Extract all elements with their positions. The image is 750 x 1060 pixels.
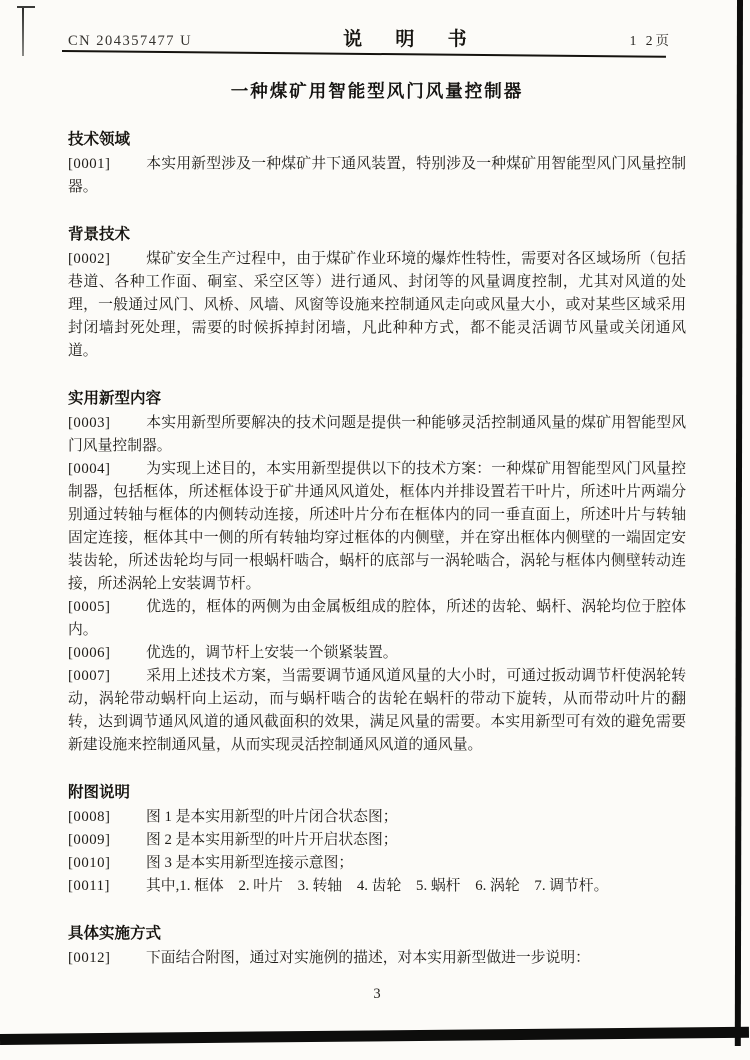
paragraph-text: 图 3 是本实用新型连接示意图；: [146, 855, 353, 871]
section-detailed-description: 具体实施方式 [0012]下面结合附图，通过对实施例的描述，对本实用新型做进一步…: [68, 922, 686, 970]
paragraph-number: [0011]: [68, 875, 146, 898]
scan-artifact-bottom-edge-bar: [0, 1027, 749, 1045]
paragraph-number: [0012]: [68, 947, 146, 970]
paragraph-text: 煤矿安全生产过程中，由于煤矿作业环境的爆炸性特性，需要对各区域场所（包括巷道、各…: [68, 251, 686, 359]
paragraph-number: [0007]: [68, 665, 146, 688]
page-header: CN 204357477 U 说 明 书 1 2页: [68, 24, 686, 48]
section-brief-description-of-drawings: 附图说明 [0008]图 1 是本实用新型的叶片闭合状态图； [0009]图 2…: [68, 781, 686, 898]
paragraph-number: [0008]: [68, 806, 146, 829]
paragraph-number: [0009]: [68, 829, 146, 852]
document-title: 一种煤矿用智能型风门风量控制器: [68, 78, 686, 104]
footer-page-number: 3: [68, 986, 686, 1003]
section-heading: 实用新型内容: [68, 387, 686, 410]
section-utility-model-content: 实用新型内容 [0003]本实用新型所要解决的技术问题是提供一种能够灵活控制通风…: [68, 387, 686, 757]
paragraph-text: 图 2 是本实用新型的叶片开启状态图；: [146, 832, 398, 848]
patent-specification-page: CN 204357477 U 说 明 书 1 2页 一种煤矿用智能型风门风量控制…: [0, 0, 750, 1060]
paragraph: [0007]采用上述技术方案，当需要调节通风道风量的大小时，可通过扳动调节杆使涡…: [68, 665, 686, 757]
paragraph-number: [0010]: [68, 852, 146, 875]
paragraph: [0009]图 2 是本实用新型的叶片开启状态图；: [68, 829, 686, 852]
section-background-art: 背景技术 [0002]煤矿安全生产过程中，由于煤矿作业环境的爆炸性特性，需要对各…: [68, 223, 686, 363]
section-technical-field: 技术领域 [0001]本实用新型涉及一种煤矿井下通风装置，特别涉及一种煤矿用智能…: [68, 128, 686, 199]
paragraph-text: 下面结合附图，通过对实施例的描述，对本实用新型做进一步说明：: [146, 950, 590, 966]
header-rule: [62, 50, 666, 58]
section-heading: 具体实施方式: [68, 922, 686, 945]
paragraph-text: 优选的，框体的两侧为由金属板组成的腔体，所述的齿轮、蜗杆、涡轮均位于腔体内。: [68, 599, 686, 638]
paragraph-number: [0006]: [68, 642, 146, 665]
document-number: CN 204357477 U: [68, 33, 192, 50]
section-heading: 附图说明: [68, 781, 686, 804]
paragraph: [0012]下面结合附图，通过对实施例的描述，对本实用新型做进一步说明：: [68, 947, 686, 970]
paragraph-number: [0003]: [68, 412, 146, 435]
paragraph: [0003]本实用新型所要解决的技术问题是提供一种能够灵活控制通风量的煤矿用智能…: [68, 412, 686, 458]
paragraph: [0001]本实用新型涉及一种煤矿井下通风装置，特别涉及一种煤矿用智能型风门风量…: [68, 153, 686, 199]
paragraph: [0006]优选的，调节杆上安装一个锁紧装置。: [68, 642, 686, 665]
paragraph: [0002]煤矿安全生产过程中，由于煤矿作业环境的爆炸性特性，需要对各区域场所（…: [68, 248, 686, 363]
section-heading: 技术领域: [68, 128, 686, 151]
document-type-title: 说 明 书: [329, 24, 481, 51]
paragraph-text: 图 1 是本实用新型的叶片闭合状态图；: [146, 809, 398, 825]
paragraph-number: [0004]: [68, 458, 146, 481]
paragraph-number: [0005]: [68, 596, 146, 619]
paragraph-number: [0002]: [68, 248, 146, 271]
paragraph: [0005]优选的，框体的两侧为由金属板组成的腔体，所述的齿轮、蜗杆、涡轮均位于…: [68, 596, 686, 642]
paragraph: [0011]其中,1. 框体 2. 叶片 3. 转轴 4. 齿轮 5. 蜗杆 6…: [68, 875, 686, 898]
page-content: CN 204357477 U 说 明 书 1 2页 一种煤矿用智能型风门风量控制…: [0, 0, 750, 1003]
paragraph-text: 采用上述技术方案，当需要调节通风道风量的大小时，可通过扳动调节杆使涡轮转动，涡轮…: [68, 668, 686, 753]
section-heading: 背景技术: [68, 223, 686, 246]
paragraph-text: 为实现上述目的，本实用新型提供以下的技术方案：一种煤矿用智能型风门风量控制器，包…: [68, 461, 686, 592]
paragraph-number: [0001]: [68, 153, 146, 176]
paragraph-text: 本实用新型涉及一种煤矿井下通风装置，特别涉及一种煤矿用智能型风门风量控制器。: [68, 156, 686, 195]
paragraph: [0004]为实现上述目的，本实用新型提供以下的技术方案：一种煤矿用智能型风门风…: [68, 458, 686, 596]
paragraph: [0010]图 3 是本实用新型连接示意图；: [68, 852, 686, 875]
paragraph-text: 本实用新型所要解决的技术问题是提供一种能够灵活控制通风量的煤矿用智能型风门风量控…: [68, 415, 686, 454]
paragraph-text: 其中,1. 框体 2. 叶片 3. 转轴 4. 齿轮 5. 蜗杆 6. 涡轮 7…: [146, 878, 608, 894]
paragraph: [0008]图 1 是本实用新型的叶片闭合状态图；: [68, 806, 686, 829]
page-indicator: 1 2页: [630, 29, 672, 49]
paragraph-text: 优选的，调节杆上安装一个锁紧装置。: [146, 645, 398, 661]
